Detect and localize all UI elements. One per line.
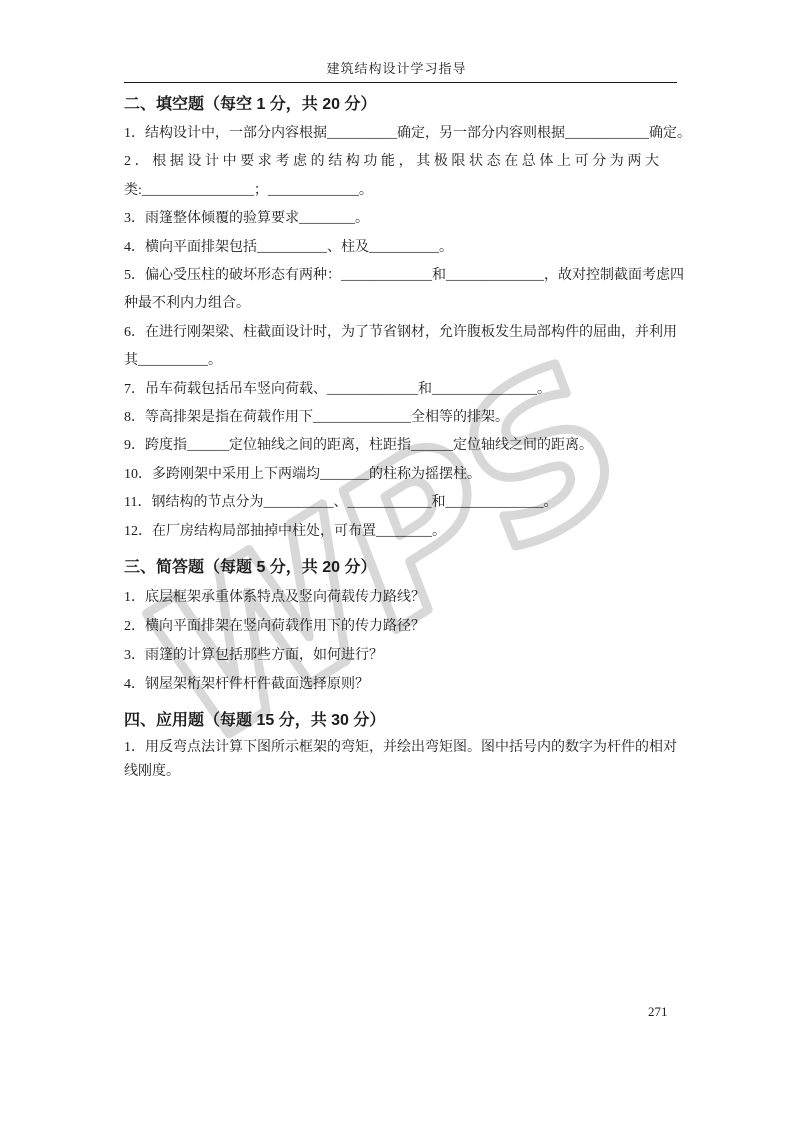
section-heading-fill-in: 二、填空题（每空 1 分，共 20 分） <box>124 95 684 115</box>
question-line: 3．雨篷整体倾覆的验算要求________。 <box>124 205 684 233</box>
page-header-title: 建筑结构设计学习指导 <box>0 0 793 76</box>
question-line: 9．跨度指______定位轴线之间的距离，柱距指______定位轴线之间的距离。 <box>124 432 684 460</box>
question-line: 1．底层框架承重体系特点及竖向荷载传力路线？ <box>124 583 684 612</box>
question-line: 7．吊车荷载包括吊车竖向荷载、_____________和___________… <box>124 376 684 404</box>
question-line: 2．根据设计中要求考虑的结构功能，其极限状态在总体上可分为两大 <box>124 148 684 176</box>
document-page: WPS 建筑结构设计学习指导 二、填空题（每空 1 分，共 20 分） 1．结构… <box>0 0 793 1122</box>
question-line: 1．结构设计中，一部分内容根据__________确定，另一部分内容则根据___… <box>124 120 684 148</box>
question-line: 2．横向平面排架在竖向荷载作用下的传力路径？ <box>124 612 684 641</box>
application-question: 1．用反弯点法计算下图所示框架的弯矩，并绘出弯矩图。图中括号内的数字为杆件的相对… <box>124 736 684 784</box>
question-line: 6．在进行刚架梁、柱截面设计时，为了节省钢材，允许腹板发生局部构件的屈曲，并利用 <box>124 319 684 347</box>
header-divider <box>124 82 677 83</box>
section-heading-application: 四、应用题（每题 15 分，共 30 分） <box>124 711 684 731</box>
section-heading-short-answer: 三、简答题（每题 5 分，共 20 分） <box>124 558 684 578</box>
question-line: 8．等高排架是指在荷载作用下______________全相等的排架。 <box>124 404 684 432</box>
question-line: 3．雨篷的计算包括那些方面，如何进行？ <box>124 641 684 670</box>
question-line: 线刚度。 <box>124 760 684 784</box>
question-line: 种最不利内力组合。 <box>124 290 684 318</box>
question-line: 10．多跨刚架中采用上下两端均_______的柱称为摇摆柱。 <box>124 461 684 489</box>
question-line: 1．用反弯点法计算下图所示框架的弯矩，并绘出弯矩图。图中括号内的数字为杆件的相对 <box>124 736 684 760</box>
question-line: 4．钢屋架桁架杆件杆件截面选择原则？ <box>124 670 684 699</box>
question-line: 其__________。 <box>124 347 684 375</box>
page-number: 271 <box>648 1004 668 1020</box>
question-line: 11．钢结构的节点分为__________、____________和_____… <box>124 489 684 517</box>
question-line: 类:________________；_____________。 <box>124 177 684 205</box>
question-line: 4．横向平面排架包括__________、柱及__________。 <box>124 234 684 262</box>
question-line: 5．偏心受压柱的破坏形态有两种：_____________和__________… <box>124 262 684 290</box>
question-line: 12．在厂房结构局部抽掉中柱处，可布置________。 <box>124 518 684 546</box>
document-content: 二、填空题（每空 1 分，共 20 分） 1．结构设计中，一部分内容根据____… <box>124 95 684 784</box>
